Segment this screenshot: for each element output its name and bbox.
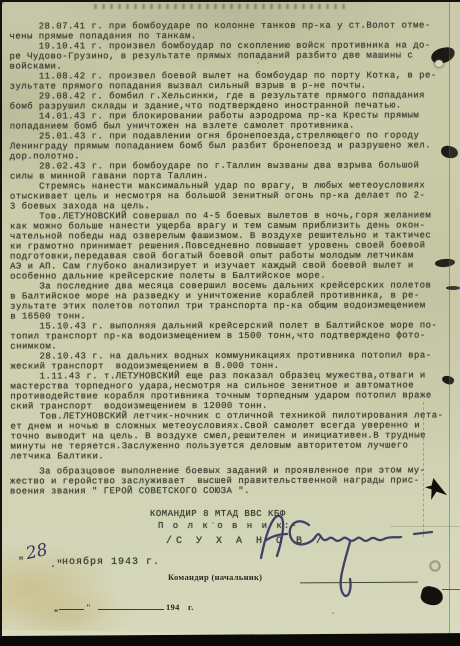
typed-body-text: 28.07.41 г. при бомбоударе по колонне та… (9, 20, 443, 461)
form-year-prefix: 194 (166, 602, 180, 612)
paper-speckles (2, 2, 4, 4)
bottom-scan-border (0, 633, 460, 646)
document-scan: { "page": { "paper_color": "#cdcfae", "t… (0, 0, 460, 646)
form-day-line (59, 609, 84, 610)
form-open-quote: „ (54, 603, 59, 613)
paper-hole-bottom-right (429, 560, 441, 572)
date-open-quote: " (18, 557, 25, 568)
form-close-quote: " (86, 602, 91, 612)
typed-month-year: ноября 1943 г. (62, 557, 160, 568)
vertical-fold-crease (423, 402, 424, 537)
form-month-line (98, 609, 164, 610)
form-commander-label: Командир (начальник) (168, 572, 262, 582)
ink-blot-bottom-right (419, 585, 445, 608)
handwritten-signature (254, 494, 440, 600)
form-year-suffix: г. (188, 602, 194, 612)
scanned-page: 28.07.41 г. при бомбоударе по колонне та… (2, 2, 460, 646)
handwritten-day: 28 (24, 540, 49, 564)
right-page-edge-strip (450, 2, 460, 646)
typed-citation-paragraph: За образцовое выполнение боевых заданий … (10, 465, 425, 496)
torn-top-text-fragment (94, 4, 346, 9)
paper-hole-highlight (435, 60, 443, 67)
